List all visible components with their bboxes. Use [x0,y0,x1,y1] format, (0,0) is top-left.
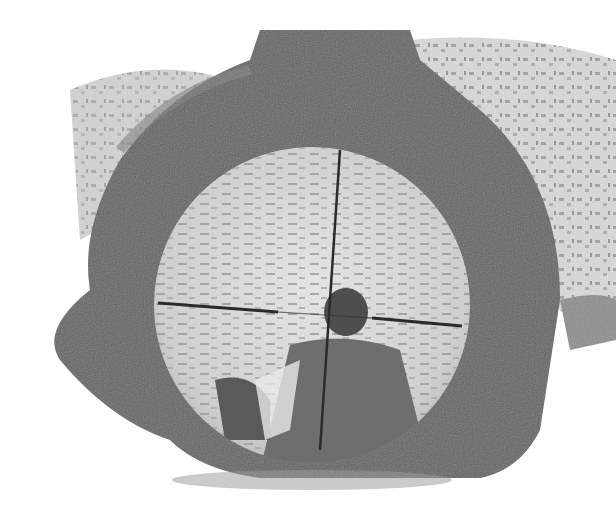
scope-scene [0,0,616,522]
